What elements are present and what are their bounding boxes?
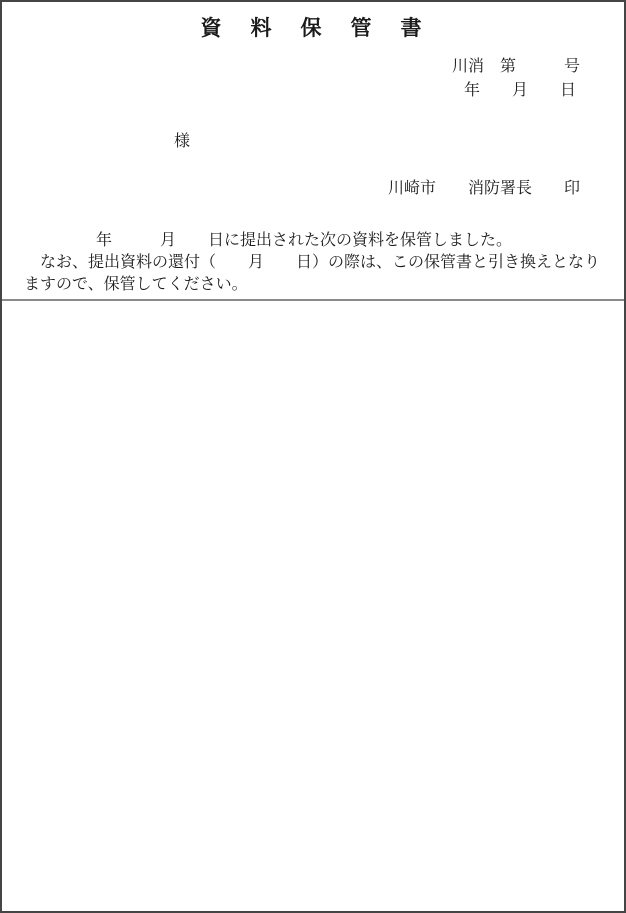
body-paragraph: 年 月 日に提出された次の資料を保管しました。 なお、提出資料の還付（ 月 日）… <box>2 230 624 296</box>
stored-materials-box <box>2 299 624 911</box>
issuer-signature-line: 川崎市 消防署長 印 <box>2 179 624 199</box>
document-title: 資 料 保 管 書 <box>2 12 624 42</box>
body-line-2: なお、提出資料の還付（ 月 日）の際は、この保管書と引き換えとなり <box>24 252 602 274</box>
document-page: 資 料 保 管 書 川消 第 号 年 月 日 様 川崎市 消防署長 印 年 月 … <box>0 0 626 913</box>
issue-date-line: 年 月 日 <box>2 81 624 101</box>
body-line-1: 年 月 日に提出された次の資料を保管しました。 <box>24 230 602 252</box>
body-line-3: ますので、保管してください。 <box>24 274 602 296</box>
document-number-line: 川消 第 号 <box>2 57 624 77</box>
addressee-line: 様 <box>2 132 624 152</box>
